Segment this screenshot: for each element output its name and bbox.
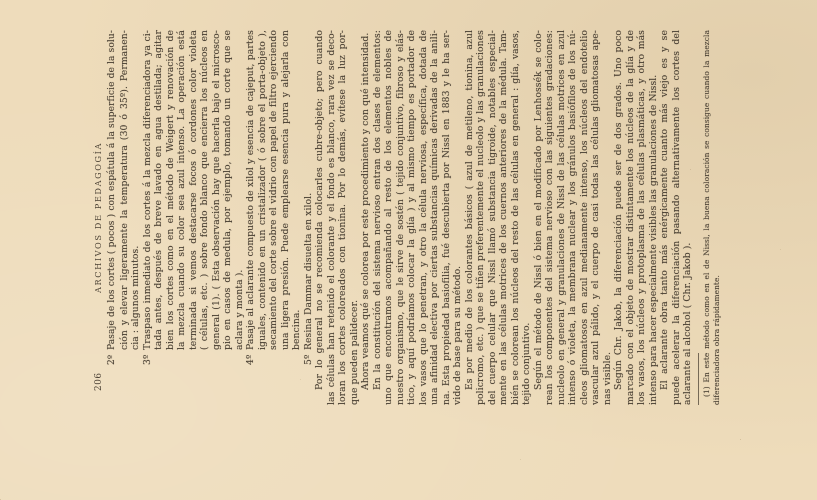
text-line: mente en las células motrices de los cue… <box>498 30 510 405</box>
text-line: bién se colorean los núcleos del resto d… <box>510 30 522 405</box>
text-line: Es por medio de los colorantes básicos (… <box>464 30 476 405</box>
list-item-number: 4º <box>245 355 257 365</box>
text-line: vascular azul pálido, y el cuerpo de cas… <box>590 30 602 405</box>
text-line: nucleolo en general y granulaciones de N… <box>556 30 568 405</box>
text-line: aclarante al alcohol ( Chr. Jakob ). <box>682 30 694 405</box>
list-item-number: 2º <box>107 355 119 365</box>
list-item-number: 3º <box>142 355 154 365</box>
book-page: 206 ARCHIVOS DE PEDAGOGÍA 2ºPasaje de lo… <box>0 0 817 500</box>
footnote-rule <box>698 353 699 405</box>
text-line: intenso para hacer especialmente visible… <box>648 30 660 405</box>
text-line: 3ºTraspaso inmediato de los cortes á la … <box>142 30 154 405</box>
text-line: uno que encontramos acompañando al resto… <box>383 30 395 405</box>
text-line: 4ºPasaje al aclarante compuesto de xilol… <box>245 30 257 405</box>
text-line: tejido conjuntivo. <box>521 30 533 405</box>
text-line: puede acelerar la diferenciación pasando… <box>671 30 683 405</box>
text-line: vido de base para su método. <box>452 30 464 405</box>
text-line: terminada si vemos destacarse focos ó co… <box>188 30 200 405</box>
text-line: Según Chr. Jakob, la diferenciación pued… <box>613 30 625 405</box>
text-line: Según el método de Nissl ó bien en el mo… <box>533 30 545 405</box>
text-line: Ahora veamos qué se colorea por este pro… <box>360 30 372 405</box>
body-text: 2ºPasaje de los cortes ( pocos ) con esp… <box>107 30 694 405</box>
text-line: una ligera presión. Puede emplearse esen… <box>280 30 292 405</box>
text-line: del cuerpo celular que Nissl llamó subst… <box>487 30 499 405</box>
text-line: nuestro organismo, que le sirve de sosté… <box>395 30 407 405</box>
text-line: rean los componentes del sistema nervios… <box>544 30 556 405</box>
text-line: la mezcla cuando su color sea azul inten… <box>176 30 188 405</box>
text-line: una afinidad electiva por ciertas substa… <box>429 30 441 405</box>
text-line: ción y elevar ligeramente la temperatura… <box>119 30 131 405</box>
text-line: Por lo general no se recomienda colocarl… <box>314 30 326 405</box>
text-line: (1) En este método como en el de Nissl, … <box>702 30 713 405</box>
text-line: policromo, etc. ) que se tiñen preferent… <box>475 30 487 405</box>
text-line: que pueden palidecer. <box>349 30 361 405</box>
text-line: 5ºResina Dammar disuelta en xilol. <box>303 30 315 405</box>
text-line: pio en casos de medula, por ejemplo, tom… <box>222 30 234 405</box>
text-line: El aclarante obra tanto más enérgicament… <box>659 30 671 405</box>
list-item-number: 5º <box>303 355 315 365</box>
text-line: 2ºPasaje de los cortes ( pocos ) con esp… <box>107 30 119 405</box>
text-line: bien los cortes como en el método de Wei… <box>165 30 177 405</box>
text-line: tico, y aquí podríamos colocar la glía )… <box>406 30 418 405</box>
text-line: ( células, etc. ) sobre fondo blanco que… <box>199 30 211 405</box>
text-line: los vasos, los núcleos y protoplasma de … <box>636 30 648 405</box>
text-line: na. Esta propiedad basiofilia, fué descu… <box>441 30 453 405</box>
text-line: los vasos que lo penetran, y otro la cél… <box>418 30 430 405</box>
text-line: bencina. <box>291 30 303 405</box>
text-line: marcado con el objeto de mostrar distint… <box>625 30 637 405</box>
text-line: cleos gliomatosos en azul medianamente i… <box>579 30 591 405</box>
text-line: general (1). ( Esta observación hay que … <box>211 30 223 405</box>
text-line: tada antes, después de breve lavado en a… <box>153 30 165 405</box>
text-line: secamiento del corte sobre el vidrio con… <box>268 30 280 405</box>
text-line: nas visible. <box>602 30 614 405</box>
text-line: intenso ó violeta, la membrana nuclear y… <box>567 30 579 405</box>
page-number: 206 <box>94 372 104 391</box>
text-line: aclara y monta ). <box>234 30 246 405</box>
text-line: las células han retenido el colorante y … <box>326 30 338 405</box>
scanned-page: 206 ARCHIVOS DE PEDAGOGÍA 2ºPasaje de lo… <box>0 0 817 500</box>
running-header: 206 ARCHIVOS DE PEDAGOGÍA <box>93 30 105 405</box>
text-line: loran los cortes coloreados con tionina.… <box>337 30 349 405</box>
text-line: iguales, contenido en un cristalizador (… <box>257 30 269 405</box>
text-line: cia : algunos minutos. <box>130 30 142 405</box>
footnote: (1) En este método como en el de Nissl, … <box>702 30 723 405</box>
text-line: diferenciadora obra rápidamente. <box>712 30 723 405</box>
text-line: En la constitución del sistema nervioso … <box>372 30 384 405</box>
journal-title: ARCHIVOS DE PEDAGOGÍA <box>93 30 103 405</box>
